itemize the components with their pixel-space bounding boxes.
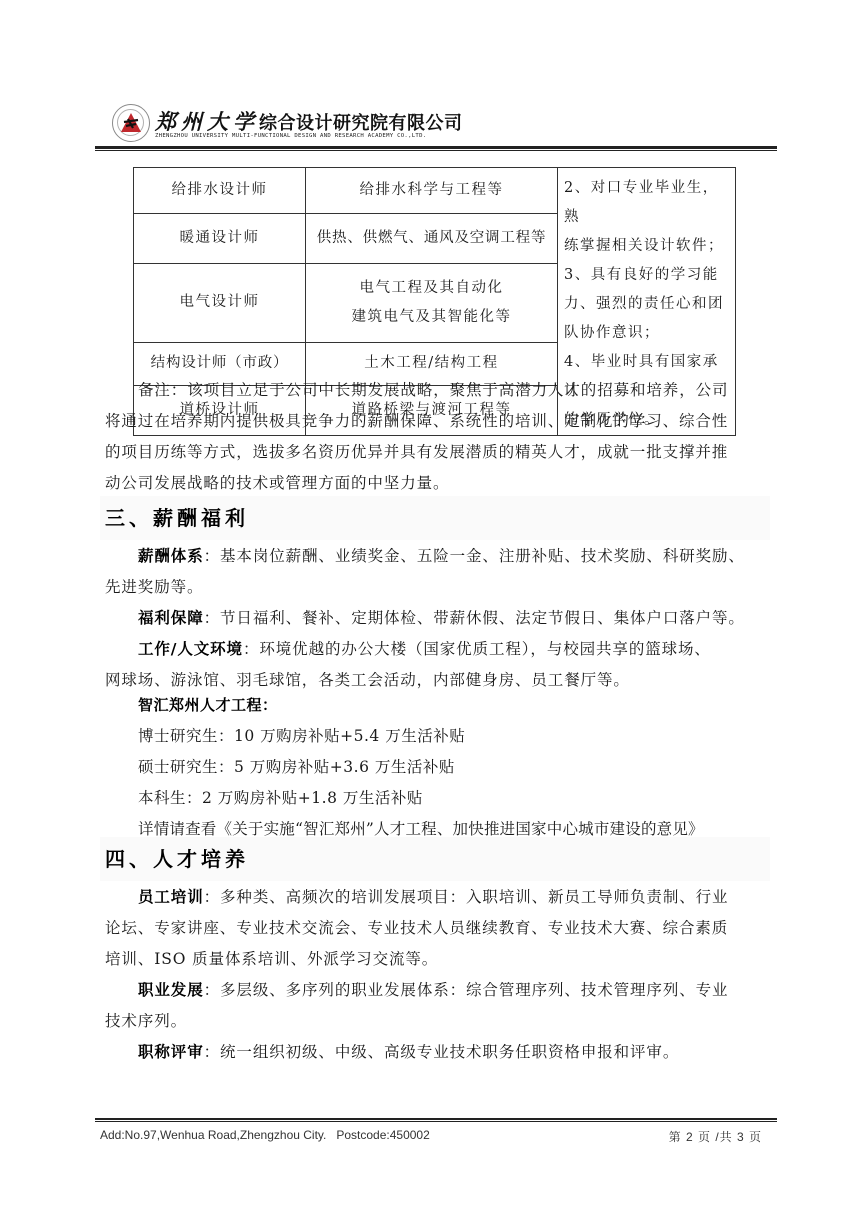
footer-divider <box>95 1118 777 1123</box>
section-heading-talent-development: 四、人才培养 <box>100 837 770 881</box>
majors-cell: 给排水科学与工程等 <box>306 168 558 214</box>
welfare-paragraph: 福利保障：节日福利、餐补、定期体检、带薪休假、法定节假日、集体户口落户等。 <box>105 603 765 634</box>
table-row: 给排水设计师 给排水科学与工程等 2、对口专业毕业生，熟 练掌握相关设计软件； … <box>134 168 736 214</box>
university-name: 郑州大学 <box>155 109 259 134</box>
position-cell: 暖通设计师 <box>134 213 306 263</box>
talent-item-master: 硕士研究生：5 万购房补贴+3.6 万生活补贴 <box>105 752 765 783</box>
career-development-label: 职业发展 <box>138 981 204 999</box>
environment-label: 工作/人文环境 <box>138 640 243 658</box>
section-heading-compensation: 三、薪酬福利 <box>100 496 770 540</box>
institute-name: 综合设计研究院有限公司 <box>259 113 463 134</box>
talent-item-phd: 博士研究生：10 万购房补贴+5.4 万生活补贴 <box>105 721 765 752</box>
page-number: 第 2 页 /共 3 页 <box>669 1128 762 1145</box>
staff-training-label: 员工培训 <box>138 888 204 906</box>
environment-paragraph: 工作/人文环境：环境优越的办公大楼（国家优质工程），与校园共享的篮球场、 网球场… <box>105 634 765 696</box>
majors-cell: 电气工程及其自动化 建筑电气及其智能化等 <box>306 263 558 342</box>
position-cell: 电气设计师 <box>134 263 306 342</box>
title-review-label: 职称评审 <box>138 1043 204 1061</box>
majors-cell: 供热、供燃气、通风及空调工程等 <box>306 213 558 263</box>
salary-system-label: 薪酬体系 <box>138 547 204 565</box>
salary-system-paragraph: 薪酬体系：基本岗位薪酬、业绩奖金、五险一金、注册补贴、技术奖励、科研奖励、 先进… <box>105 541 765 603</box>
talent-project-label: 智汇郑州人才工程： <box>105 690 765 721</box>
note-paragraph: 备注：该项目立足于公司中长期发展战略，聚焦于高潜力人才的招募和培养，公司 将通过… <box>105 375 765 499</box>
company-name: 郑州大学综合设计研究院有限公司 <box>155 106 463 136</box>
company-name-english: ZHENGZHOU UNIVERSITY MULTI-FUNCTIONAL DE… <box>155 133 426 139</box>
talent-project-block: 智汇郑州人才工程： 博士研究生：10 万购房补贴+5.4 万生活补贴 硕士研究生… <box>105 690 765 845</box>
university-emblem-icon <box>112 104 150 142</box>
staff-training-paragraph: 员工培训：多种类、高频次的培训发展项目：入职培训、新员工导师负责制、行业 论坛、… <box>105 882 765 975</box>
position-cell: 给排水设计师 <box>134 168 306 214</box>
letterhead: 郑州大学综合设计研究院有限公司 ZHENGZHOU UNIVERSITY MUL… <box>95 100 775 148</box>
welfare-label: 福利保障 <box>138 609 204 627</box>
talent-item-bachelor: 本科生：2 万购房补贴+1.8 万生活补贴 <box>105 783 765 814</box>
header-divider <box>95 146 777 152</box>
title-review-paragraph: 职称评审：统一组织初级、中级、高级专业技术职务任职资格申报和评审。 <box>105 1037 765 1068</box>
career-development-paragraph: 职业发展：多层级、多序列的职业发展体系：综合管理序列、技术管理序列、专业 技术序… <box>105 975 765 1037</box>
footer-address: Add:No.97,Wenhua Road,Zhengzhou City. Po… <box>100 1128 430 1142</box>
